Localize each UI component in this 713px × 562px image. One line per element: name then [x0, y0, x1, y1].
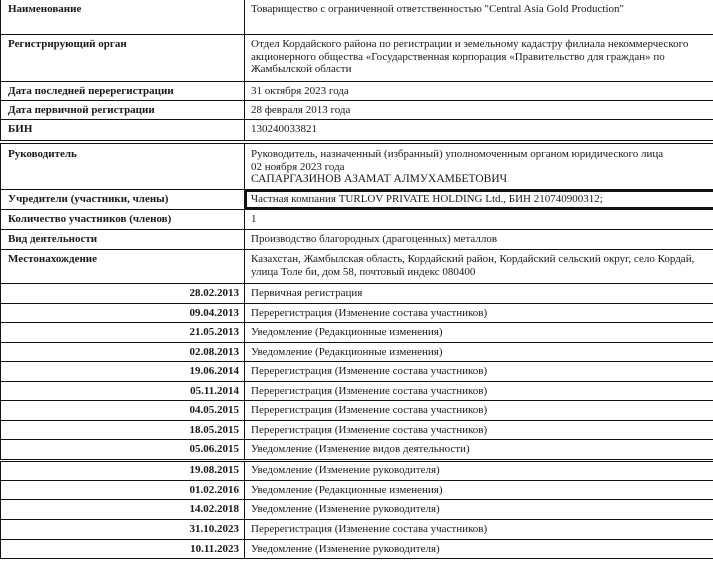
- history-event: Перерегистрация (Изменение состава участ…: [245, 362, 713, 381]
- history-date: 31.10.2023: [0, 520, 245, 539]
- founders-value: Частная компания TURLOV PRIVATE HOLDING …: [245, 190, 713, 209]
- activity-value: Производство благородных (драгоценных) м…: [245, 230, 713, 249]
- history-date: 14.02.2018: [0, 500, 245, 519]
- name-label: Наименование: [0, 0, 245, 34]
- history-date: 02.08.2013: [0, 343, 245, 362]
- history-row: 28.02.2013Первичная регистрация: [0, 284, 713, 304]
- row-activity: Вид деятельности Производство благородны…: [0, 230, 713, 250]
- member-count-value: 1: [245, 210, 713, 229]
- location-value: Казахстан, Жамбылская область, Кордайски…: [245, 250, 713, 283]
- history-event: Уведомление (Изменение руководителя): [245, 461, 713, 480]
- history-date: 05.11.2014: [0, 382, 245, 401]
- member-count-label: Количество участников (членов): [0, 210, 245, 229]
- row-first-registration: Дата первичной регистрации 28 февраля 20…: [0, 101, 713, 120]
- activity-label: Вид деятельности: [0, 230, 245, 249]
- history-event: Перерегистрация (Изменение состава участ…: [245, 304, 713, 323]
- last-reregistration-label: Дата последней перерегистрации: [0, 82, 245, 100]
- head-name: САПАРГАЗИНОВ АЗАМАТ АЛМУХАМБЕТОВИЧ: [251, 173, 713, 186]
- general-info-table: Наименование Товарищество с ограниченной…: [0, 0, 713, 141]
- registrar-value: Отдел Кордайского района по регистрации …: [245, 35, 713, 81]
- row-last-reregistration: Дата последней перерегистрации 31 октябр…: [0, 82, 713, 101]
- bin-value: 130240033821: [245, 120, 713, 140]
- first-registration-label: Дата первичной регистрации: [0, 101, 245, 119]
- registrar-label: Регистрирующий орган: [0, 35, 245, 81]
- history-event: Уведомление (Редакционные изменения): [245, 481, 713, 500]
- history-row: 21.05.2013Уведомление (Редакционные изме…: [0, 323, 713, 343]
- history-date: 01.02.2016: [0, 481, 245, 500]
- history-event: Уведомление (Изменение видов деятельност…: [245, 440, 713, 459]
- location-label: Местонахождение: [0, 250, 245, 283]
- history-row: 31.10.2023Перерегистрация (Изменение сос…: [0, 520, 713, 540]
- history-row: 19.08.2015Уведомление (Изменение руковод…: [0, 461, 713, 481]
- history-event: Перерегистрация (Изменение состава участ…: [245, 382, 713, 401]
- history-event: Перерегистрация (Изменение состава участ…: [245, 421, 713, 440]
- row-location: Местонахождение Казахстан, Жамбылская об…: [0, 250, 713, 284]
- history-date: 19.08.2015: [0, 461, 245, 480]
- history-event: Уведомление (Редакционные изменения): [245, 323, 713, 342]
- history-date: 05.06.2015: [0, 440, 245, 459]
- row-bin: БИН 130240033821: [0, 120, 713, 141]
- history-row: 10.11.2023Уведомление (Изменение руковод…: [0, 540, 713, 560]
- history-date: 19.06.2014: [0, 362, 245, 381]
- history-row: 14.02.2018Уведомление (Изменение руковод…: [0, 500, 713, 520]
- history-row: 18.05.2015Перерегистрация (Изменение сос…: [0, 421, 713, 441]
- history-event: Уведомление (Редакционные изменения): [245, 343, 713, 362]
- history-row: 01.02.2016Уведомление (Редакционные изме…: [0, 481, 713, 501]
- history-event: Уведомление (Изменение руководителя): [245, 540, 713, 559]
- details-table: Руководитель Руководитель, назначенный (…: [0, 143, 713, 284]
- history-row: 09.04.2013Перерегистрация (Изменение сос…: [0, 304, 713, 324]
- history-row: 05.06.2015Уведомление (Изменение видов д…: [0, 440, 713, 460]
- founders-label: Учредители (участники, члены): [0, 190, 245, 209]
- history-date: 09.04.2013: [0, 304, 245, 323]
- history-date: 04.05.2015: [0, 401, 245, 420]
- head-label: Руководитель: [0, 143, 245, 189]
- history-date: 10.11.2023: [0, 540, 245, 559]
- head-value: Руководитель, назначенный (избранный) уп…: [245, 143, 713, 189]
- history-date: 18.05.2015: [0, 421, 245, 440]
- history-event: Перерегистрация (Изменение состава участ…: [245, 520, 713, 539]
- history-table-a: 28.02.2013Первичная регистрация09.04.201…: [0, 284, 713, 459]
- history-date: 21.05.2013: [0, 323, 245, 342]
- history-event: Перерегистрация (Изменение состава участ…: [245, 401, 713, 420]
- name-value: Товарищество с ограниченной ответственно…: [245, 0, 713, 34]
- history-row: 02.08.2013Уведомление (Редакционные изме…: [0, 343, 713, 363]
- history-row: 04.05.2015Перерегистрация (Изменение сос…: [0, 401, 713, 421]
- row-registrar: Регистрирующий орган Отдел Кордайского р…: [0, 35, 713, 82]
- history-date: 28.02.2013: [0, 284, 245, 303]
- history-event: Уведомление (Изменение руководителя): [245, 500, 713, 519]
- row-founders: Учредители (участники, члены) Частная ко…: [0, 190, 713, 210]
- head-date: 02 ноября 2023 года: [251, 161, 713, 174]
- row-member-count: Количество участников (членов) 1: [0, 210, 713, 230]
- head-appointment: Руководитель, назначенный (избранный) уп…: [251, 148, 713, 161]
- history-event: Первичная регистрация: [245, 284, 713, 303]
- history-row: 19.06.2014Перерегистрация (Изменение сос…: [0, 362, 713, 382]
- first-registration-value: 28 февраля 2013 года: [245, 101, 713, 119]
- history-table-b: 19.08.2015Уведомление (Изменение руковод…: [0, 461, 713, 561]
- bin-label: БИН: [0, 120, 245, 140]
- last-reregistration-value: 31 октября 2023 года: [245, 82, 713, 100]
- history-row: 05.11.2014Перерегистрация (Изменение сос…: [0, 382, 713, 402]
- row-head: Руководитель Руководитель, назначенный (…: [0, 143, 713, 190]
- row-name: Наименование Товарищество с ограниченной…: [0, 0, 713, 35]
